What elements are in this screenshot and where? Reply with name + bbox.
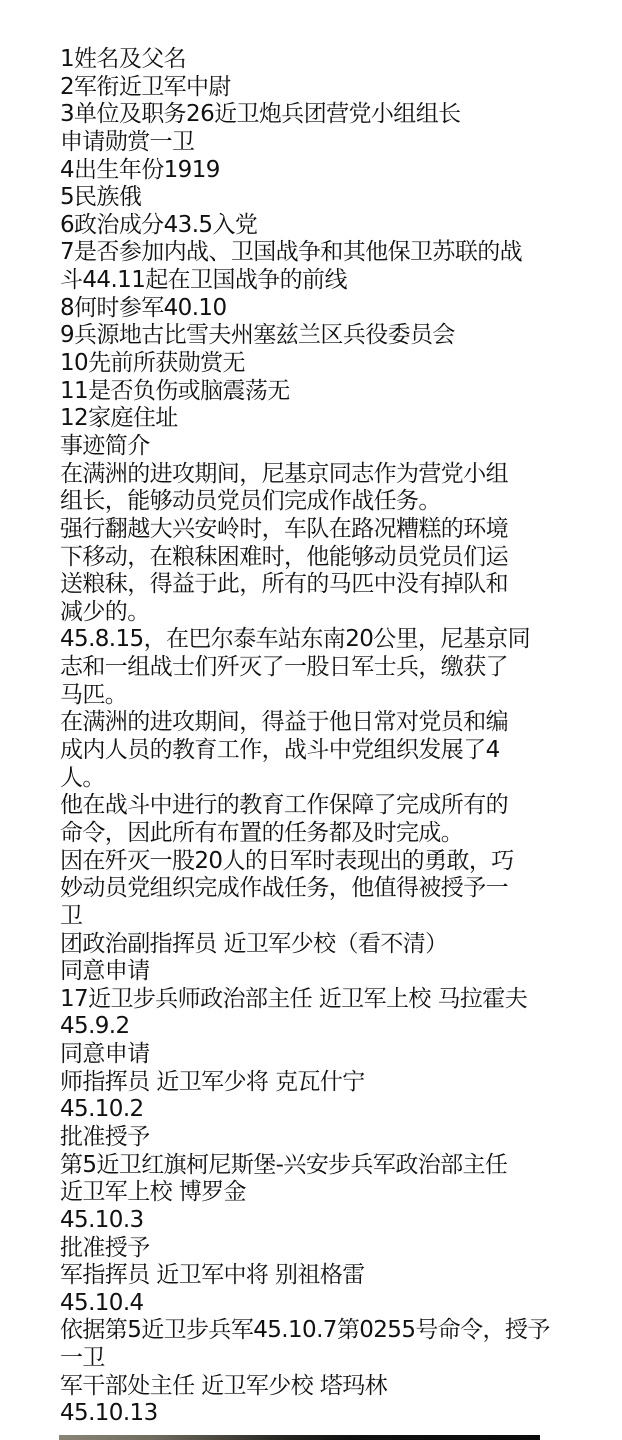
field-2-rank: 2军衔近卫军中尉 <box>60 74 560 102</box>
summary-paragraph-line: 卫 <box>60 903 560 931</box>
summary-paragraph-line: 命令，因此所有布置的任务都及时完成。 <box>60 820 560 848</box>
order-reference-cont: 一卫 <box>60 1345 560 1373</box>
endorsement-agree: 同意申请 <box>60 1041 560 1069</box>
endorsement-approve: 批准授予 <box>60 1235 560 1263</box>
endorsement-date: 45.10.4 <box>60 1290 560 1318</box>
field-7-combat-participation: 7是否参加内战、卫国战争和其他保卫苏联的战 <box>60 239 560 267</box>
summary-paragraph-line: 组长，能够动员党员们完成作战任务。 <box>60 488 560 516</box>
field-3-unit-position: 3单位及职务26近卫炮兵团营党小组组长 <box>60 101 560 129</box>
field-7-combat-participation-cont: 斗44.11起在卫国战争的前线 <box>60 267 560 295</box>
field-6-party-status: 6政治成分43.5入党 <box>60 212 560 240</box>
summary-paragraph-line: 减少的。 <box>60 599 560 627</box>
summary-paragraph-line: 人。 <box>60 765 560 793</box>
award-requested: 申请勋赏一卫 <box>60 129 560 157</box>
summary-paragraph-line: 妙动员党组织完成作战任务，他值得被授予一 <box>60 875 560 903</box>
order-reference: 依据第5近卫步兵军45.10.7第0255号命令，授予 <box>60 1317 560 1345</box>
summary-paragraph-line: 45.8.15，在巴尔泰车站东南20公里，尼基京同 <box>60 626 560 654</box>
summary-paragraph-line: 因在歼灭一股20人的日军时表现出的勇敢，巧 <box>60 848 560 876</box>
signature-personnel-head: 军干部处主任 近卫军少校 塔玛林 <box>60 1373 560 1401</box>
signature-corps-political-head: 第5近卫红旗柯尼斯堡-兴安步兵军政治部主任 <box>60 1152 560 1180</box>
endorsement-agree: 同意申请 <box>60 958 560 986</box>
summary-paragraph-line: 成内人员的教育工作，战斗中党组织发展了4 <box>60 737 560 765</box>
summary-paragraph-line: 志和一组战士们歼灭了一股日军士兵，缴获了 <box>60 654 560 682</box>
endorsement-date: 45.10.13 <box>60 1400 560 1428</box>
summary-paragraph-line: 在满洲的进攻期间，尼基京同志作为营党小组 <box>60 461 560 489</box>
field-10-previous-awards: 10先前所获勋赏无 <box>60 350 560 378</box>
endorsement-date: 45.10.2 <box>60 1096 560 1124</box>
photo-edge-strip <box>59 1435 540 1440</box>
summary-paragraph-line: 送粮秣，得益于此，所有的马匹中没有掉队和 <box>60 571 560 599</box>
endorsement-date: 45.10.3 <box>60 1207 560 1235</box>
signature-corps-political-head-cont: 近卫军上校 博罗金 <box>60 1179 560 1207</box>
field-4-birth-year: 4出生年份1919 <box>60 157 560 185</box>
summary-paragraph-line: 下移动，在粮秣困难时，他能够动员党员们运 <box>60 544 560 572</box>
endorsement-approve: 批准授予 <box>60 1124 560 1152</box>
field-5-nationality: 5民族俄 <box>60 184 560 212</box>
signature-division-commander: 师指挥员 近卫军少将 克瓦什宁 <box>60 1069 560 1097</box>
field-11-wounds: 11是否负伤或脑震荡无 <box>60 378 560 406</box>
signature-division-political-head: 17近卫步兵师政治部主任 近卫军上校 马拉霍夫 <box>60 986 560 1014</box>
summary-paragraph-line: 在满洲的进攻期间，得益于他日常对党员和编 <box>60 709 560 737</box>
endorsement-date: 45.9.2 <box>60 1013 560 1041</box>
signature-corps-commander: 军指挥员 近卫军中将 别祖格雷 <box>60 1262 560 1290</box>
summary-paragraph-line: 他在战斗中进行的教育工作保障了完成所有的 <box>60 792 560 820</box>
summary-paragraph-line: 强行翻越大兴安岭时，车队在路况糟糕的环境 <box>60 516 560 544</box>
field-1-name: 1姓名及父名 <box>60 46 560 74</box>
field-12-home-address: 12家庭住址 <box>60 405 560 433</box>
field-9-conscription-office: 9兵源地古比雪夫州塞兹兰区兵役委员会 <box>60 322 560 350</box>
section-heading-summary: 事迹简介 <box>60 433 560 461</box>
signature-regiment-deputy: 团政治副指挥员 近卫军少校（看不清） <box>60 931 560 959</box>
summary-paragraph-line: 马匹。 <box>60 682 560 710</box>
field-8-enlistment-date: 8何时参军40.10 <box>60 295 560 323</box>
award-document-transcription: 1姓名及父名 2军衔近卫军中尉 3单位及职务26近卫炮兵团营党小组组长 申请勋赏… <box>60 46 560 1428</box>
